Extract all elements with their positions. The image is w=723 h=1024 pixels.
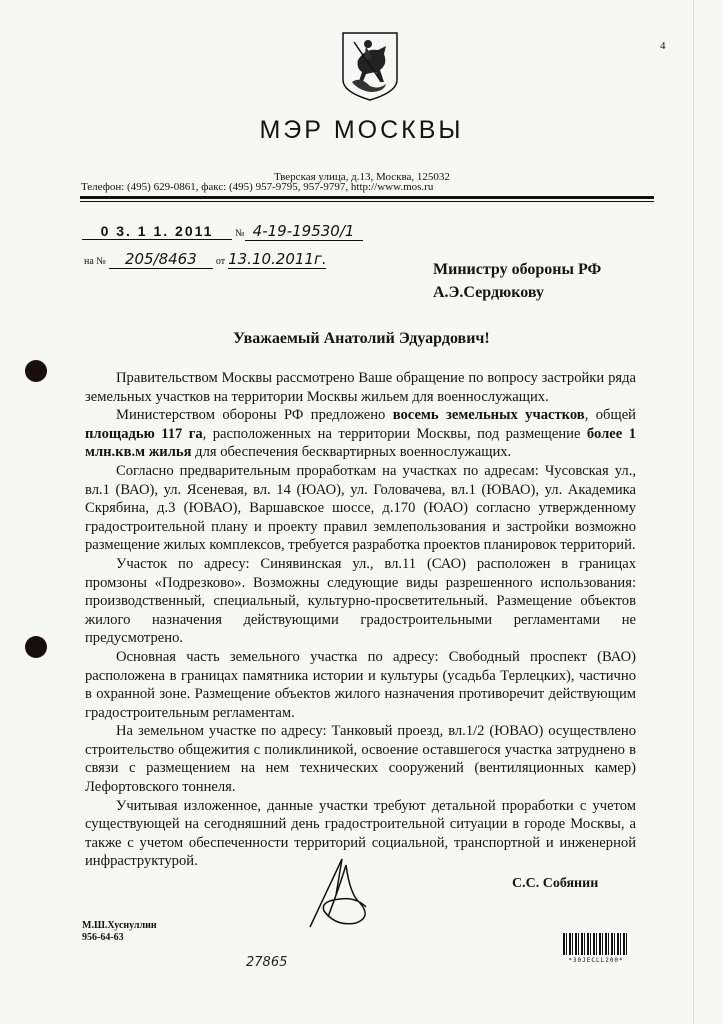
letterhead-rule-thick (80, 196, 654, 199)
recipient-title: Министру обороны РФ (433, 258, 601, 281)
handwritten-reg-number: 27865 (246, 955, 287, 970)
ref-date: 13.10.2011г. (228, 250, 326, 269)
handwritten-signature-icon (300, 855, 390, 930)
p2-text: Министерством обороны РФ предложено (116, 407, 393, 423)
barcode-text: *30ЈЕСLL200* (563, 957, 629, 964)
letterhead-contacts: Телефон: (495) 629-0861, факс: (495) 957… (81, 181, 661, 193)
paragraph-4: Участок по адресу: Синявинская ул., вл.1… (85, 555, 636, 648)
number-label: № (235, 228, 245, 239)
executor-phone: 956-64-63 (82, 932, 157, 944)
recipient-name: А.Э.Сердюкову (433, 281, 601, 304)
executor-name: М.Ш.Хуснуллин (82, 920, 157, 932)
letterhead-title: МЭР МОСКВЫ (0, 116, 723, 145)
contacts-text: Телефон: (495) 629-0861, факс: (495) 957… (81, 181, 433, 193)
p2-text: для обеспечения бесквартирных военнослуж… (192, 444, 512, 460)
paragraph-6: На земельном участке по адресу: Танковый… (85, 722, 636, 796)
letter-page: 4 МЭР МОСКВЫ Тверская улица, д.13, Москв… (0, 0, 723, 1024)
p2-bold-plots: восемь земельных участков (393, 407, 585, 423)
ref-number-label: на № (84, 256, 106, 267)
p2-text: , общей (585, 407, 636, 423)
registration-line-2: на № 205/8463 от 13.10.2011г. (84, 250, 326, 269)
p2-text: , расположенных на территории Москвы, по… (203, 426, 587, 442)
paragraph-2: Министерством обороны РФ предложено восе… (85, 406, 636, 462)
registration-line-1: 0 3. 1 1. 2011 №4-19-19530/1 (82, 222, 363, 241)
paragraph-1: Правительством Москвы рассмотрено Ваше о… (85, 369, 636, 406)
letterhead-rule-thin (80, 201, 654, 202)
punch-hole (25, 636, 47, 658)
paragraph-5: Основная часть земельного участка по адр… (85, 648, 636, 722)
letter-body: Правительством Москвы рассмотрено Ваше о… (85, 369, 636, 871)
outgoing-number: 4-19-19530/1 (245, 222, 363, 241)
executor-block: М.Ш.Хуснуллин 956-64-63 (82, 920, 157, 944)
corner-mark: 4 (660, 40, 666, 52)
recipient-block: Министру обороны РФ А.Э.Сердюкову (433, 258, 601, 304)
paragraph-3: Согласно предварительным проработкам на … (85, 462, 636, 555)
signer-name: С.С. Собянин (512, 876, 598, 892)
salutation: Уважаемый Анатолий Эдуардович! (0, 330, 723, 348)
scan-edge-line (693, 0, 694, 1024)
moscow-coat-of-arms-icon (340, 30, 400, 102)
outgoing-date: 0 3. 1 1. 2011 (82, 223, 232, 240)
punch-hole (25, 360, 47, 382)
barcode-icon (563, 933, 629, 955)
ref-number: 205/8463 (109, 250, 213, 269)
p2-bold-area: площадью 117 га (85, 426, 203, 442)
ref-date-label: от (216, 256, 225, 267)
